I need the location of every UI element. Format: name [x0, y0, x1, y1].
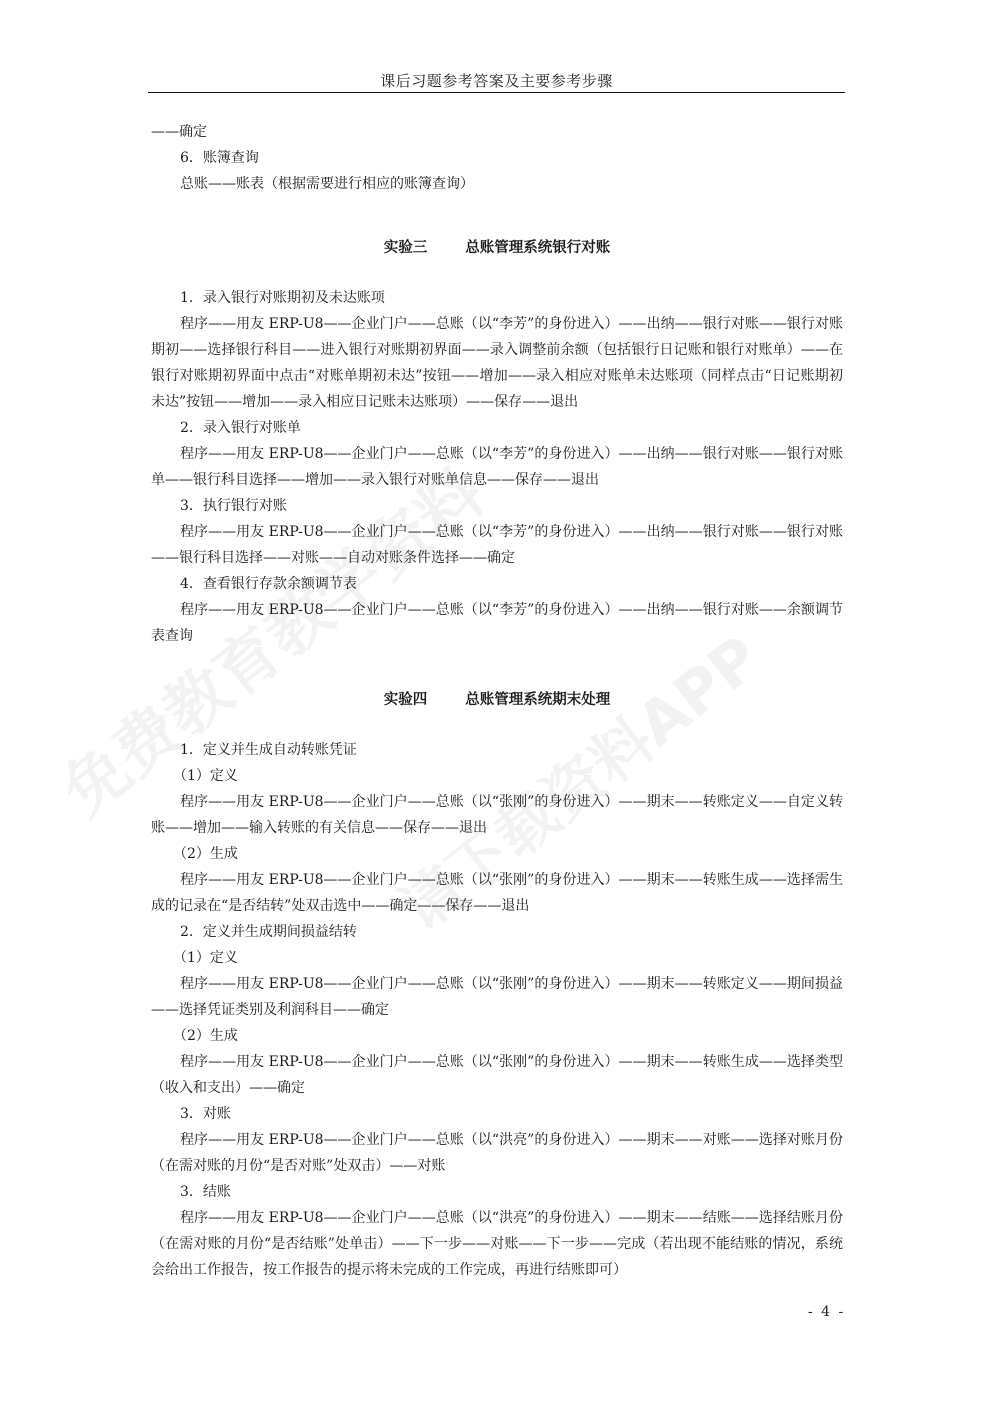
item-heading: 6．账簿查询 — [151, 145, 843, 171]
sub-heading: （1）定义 — [151, 945, 843, 971]
item-body: 程序——用友 ERP-U8——企业门户——总账（以“张刚”的身份进入）——期末—… — [151, 1049, 843, 1101]
item-body: 程序——用友 ERP-U8——企业门户——总账（以“洪亮”的身份进入）——期末—… — [151, 1205, 843, 1283]
item-heading: 1．定义并生成自动转账凭证 — [151, 737, 843, 763]
page-number: - 4 - — [808, 1304, 845, 1320]
item-body: 程序——用友 ERP-U8——企业门户——总账（以“李芳”的身份进入）——出纳—… — [151, 597, 843, 649]
item-heading: 2．定义并生成期间损益结转 — [151, 919, 843, 945]
item-body: 程序——用友 ERP-U8——企业门户——总账（以“张刚”的身份进入）——期末—… — [151, 971, 843, 1023]
item-body: 总账——账表（根据需要进行相应的账簿查询） — [151, 171, 843, 197]
item-heading: 1．录入银行对账期初及未达账项 — [151, 285, 843, 311]
item-body: 程序——用友 ERP-U8——企业门户——总账（以“洪亮”的身份进入）——期末—… — [151, 1127, 843, 1179]
section-number: 实验三 — [384, 239, 428, 256]
section-number: 实验四 — [384, 691, 428, 708]
section-title-4: 实验四总账管理系统期末处理 — [151, 687, 843, 713]
item-heading: 3．执行银行对账 — [151, 493, 843, 519]
item-heading: 4．查看银行存款余额调节表 — [151, 571, 843, 597]
sub-heading: （2）生成 — [151, 1023, 843, 1049]
item-body: 程序——用友 ERP-U8——企业门户——总账（以“李芳”的身份进入）——出纳—… — [151, 441, 843, 493]
section-name: 总账管理系统期末处理 — [465, 691, 610, 708]
item-heading: 3．对账 — [151, 1101, 843, 1127]
running-header: 课后习题参考答案及主要参考步骤 — [148, 70, 845, 91]
item-body: 程序——用友 ERP-U8——企业门户——总账（以“张刚”的身份进入）——期末—… — [151, 789, 843, 841]
header-divider — [148, 92, 845, 93]
section-title-3: 实验三总账管理系统银行对账 — [151, 235, 843, 261]
section-name: 总账管理系统银行对账 — [465, 239, 610, 256]
sub-heading: （1）定义 — [151, 763, 843, 789]
page-body: ——确定 6．账簿查询 总账——账表（根据需要进行相应的账簿查询） 实验三总账管… — [151, 119, 843, 1283]
item-heading: 3．结账 — [151, 1179, 843, 1205]
continuation-text: ——确定 — [151, 119, 843, 145]
item-body: 程序——用友 ERP-U8——企业门户——总账（以“张刚”的身份进入）——期末—… — [151, 867, 843, 919]
item-heading: 2．录入银行对账单 — [151, 415, 843, 441]
sub-heading: （2）生成 — [151, 841, 843, 867]
item-body: 程序——用友 ERP-U8——企业门户——总账（以“李芳”的身份进入）——出纳—… — [151, 519, 843, 571]
item-body: 程序——用友 ERP-U8——企业门户——总账（以“李芳”的身份进入）——出纳—… — [151, 311, 843, 415]
